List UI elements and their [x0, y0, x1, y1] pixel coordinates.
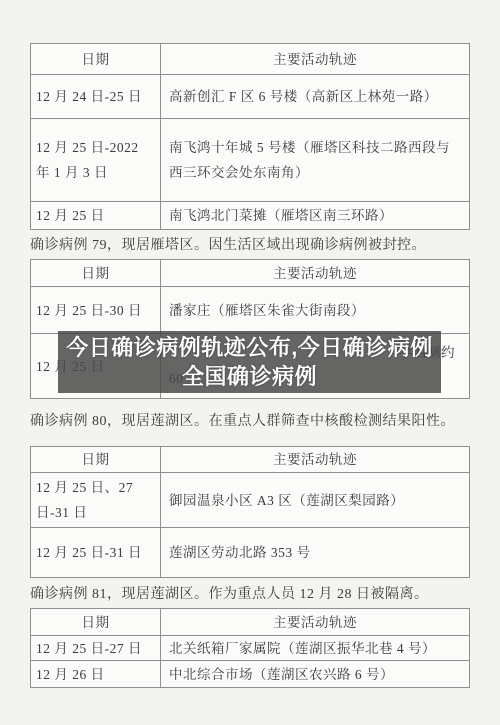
title-overlay: 今日确诊病例轨迹公布,今日确诊病例 全国确诊病例: [58, 331, 441, 393]
date-cell: 12 月 25 日-31 日: [31, 528, 161, 577]
activity-cell: 莲湖区劳动北路 353 号: [161, 528, 469, 577]
activity-column-header: 主要活动轨迹: [161, 609, 469, 635]
case-table-1: 日期 主要活动轨迹 12 月 24 日-25 日 高新创汇 F 区 6 号楼（高…: [30, 43, 470, 230]
date-column-header: 日期: [31, 609, 161, 635]
activity-cell: 中北综合市场（莲湖区农兴路 6 号）: [161, 661, 469, 687]
case-note-81: 确诊病例 81，现居莲湖区。作为重点人员 12 月 28 日被隔离。: [30, 585, 470, 605]
overlay-title-line2: 全国确诊病例: [58, 362, 441, 391]
table-row: 12 月 25 日 南飞鸿北门菜摊（雁塔区南三环路）: [31, 201, 469, 229]
case-table-4: 日期 主要活动轨迹 12 月 25 日-27 日 北关纸箱厂家属院（莲湖区振华北…: [30, 608, 470, 688]
case-table-3: 日期 主要活动轨迹 12 月 25 日、27 日-31 日 御园温泉小区 A3 …: [30, 446, 470, 578]
table-header-row: 日期 主要活动轨迹: [31, 447, 469, 472]
date-column-header: 日期: [31, 44, 161, 74]
activity-cell: 北关纸箱厂家属院（莲湖区振华北巷 4 号）: [161, 636, 469, 660]
activity-cell: 高新创汇 F 区 6 号楼（高新区上林苑一路）: [161, 75, 469, 118]
activity-cell: 潘家庄（雁塔区朱雀大街南段）: [161, 287, 469, 333]
table-row: 12 月 25 日-27 日 北关纸箱厂家属院（莲湖区振华北巷 4 号）: [31, 635, 469, 660]
activity-cell: 南飞鸿十年城 5 号楼（雁塔区科技二路西段与西三环交会处东南角）: [161, 119, 469, 201]
case-note-79: 确诊病例 79，现居雁塔区。因生活区域出现确诊病例被封控。: [30, 236, 470, 256]
date-cell: 12 月 26 日: [31, 661, 161, 687]
table-header-row: 日期 主要活动轨迹: [31, 260, 469, 286]
date-cell: 12 月 24 日-25 日: [31, 75, 161, 118]
date-column-header: 日期: [31, 447, 161, 472]
date-cell: 12 月 25 日-30 日: [31, 287, 161, 333]
overlay-title-line1: 今日确诊病例轨迹公布,今日确诊病例: [58, 333, 441, 362]
activity-column-header: 主要活动轨迹: [161, 44, 469, 74]
table-row: 12 月 25 日-30 日 潘家庄（雁塔区朱雀大街南段）: [31, 286, 469, 333]
document-page: 日期 主要活动轨迹 12 月 24 日-25 日 高新创汇 F 区 6 号楼（高…: [0, 0, 500, 725]
table-row: 12 月 25 日-2022 年 1 月 3 日 南飞鸿十年城 5 号楼（雁塔区…: [31, 118, 469, 201]
date-cell: 12 月 25 日-2022 年 1 月 3 日: [31, 119, 161, 201]
date-column-header: 日期: [31, 260, 161, 286]
table-header-row: 日期 主要活动轨迹: [31, 44, 469, 74]
date-cell: 12 月 25 日: [31, 202, 161, 229]
date-cell: 12 月 25 日-27 日: [31, 636, 161, 660]
table-row: 12 月 24 日-25 日 高新创汇 F 区 6 号楼（高新区上林苑一路）: [31, 74, 469, 118]
activity-cell: 御园温泉小区 A3 区（莲湖区梨园路）: [161, 473, 469, 527]
activity-column-header: 主要活动轨迹: [161, 260, 469, 286]
table-row: 12 月 25 日-31 日 莲湖区劳动北路 353 号: [31, 527, 469, 577]
case-note-80: 确诊病例 80，现居莲湖区。在重点人群筛查中核酸检测结果阳性。: [30, 412, 470, 432]
activity-cell: 南飞鸿北门菜摊（雁塔区南三环路）: [161, 202, 469, 229]
table-row: 12 月 25 日、27 日-31 日 御园温泉小区 A3 区（莲湖区梨园路）: [31, 472, 469, 527]
table-row: 12 月 26 日 中北综合市场（莲湖区农兴路 6 号）: [31, 660, 469, 687]
table-header-row: 日期 主要活动轨迹: [31, 609, 469, 635]
date-cell: 12 月 25 日、27 日-31 日: [31, 473, 161, 527]
activity-column-header: 主要活动轨迹: [161, 447, 469, 472]
